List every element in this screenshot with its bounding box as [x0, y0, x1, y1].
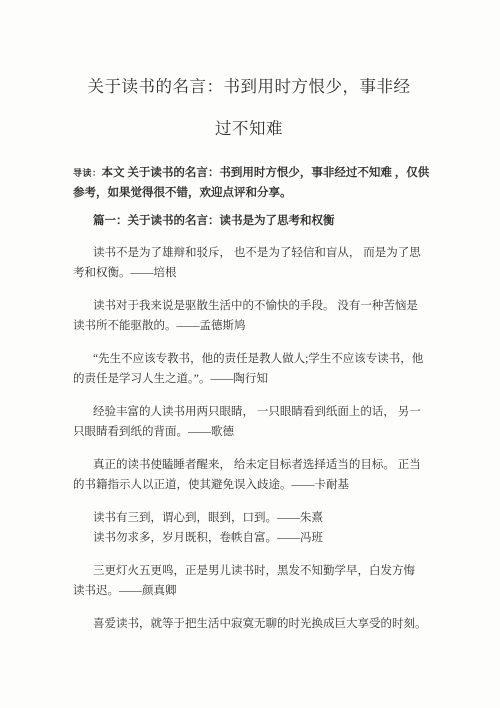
quote-paragraph-closing: 喜爱读书，就等于把生活中寂寞无聊的时光换成巨大享受的时刻。 [73, 614, 425, 634]
quote-paragraph-zhuxi: 读书有三到，谓心到，眼到，口到。——朱熹 [73, 508, 425, 528]
intro-line-1-text: 本文 关于读书的名言：书到用时方恨少，事非经过不知难 ，仅供 [102, 167, 430, 179]
intro-line-1: 导读：本文 关于读书的名言：书到用时方恨少，事非经过不知难 ，仅供 [73, 163, 425, 183]
title-line-1: 关于读书的名言：书到用时方恨少，事非经 [73, 66, 425, 108]
quote-line: 只眼睛看到纸的背面。——歌德 [73, 422, 425, 442]
quote-paragraph-fengban: 读书勿求多，岁月既积，卷帙自富。——冯班 [73, 528, 425, 548]
quote-paragraph-taoxingzhi: “先生不应该专教书，他的责任是教人做人;学生不应该专读书，他 的责任是学习人生之… [73, 349, 425, 389]
document-title: 关于读书的名言：书到用时方恨少，事非经 过不知难 [73, 66, 425, 150]
intro-label: 导读： [73, 168, 102, 178]
quote-line: 考和权衡。——培根 [73, 263, 425, 283]
quote-line: 读书不是为了雄辩和驳斥， 也不是为了轻信和盲从， 而是为了思 [73, 243, 425, 263]
section-heading: 篇一：关于读书的名言：读书是为了思考和权衡 [73, 211, 425, 231]
quote-paragraph-bacon: 读书不是为了雄辩和驳斥， 也不是为了轻信和盲从， 而是为了思 考和权衡。——培根 [73, 243, 425, 283]
quote-line: 的责任是学习人生之道。”。——陶行知 [73, 369, 425, 389]
quote-line: 经验丰富的人读书用两只眼睛， 一只眼睛看到纸面上的话， 另一 [73, 402, 425, 422]
quote-line: 真正的读书使瞌睡者醒来， 给未定目标者选择适当的目标。 正当 [73, 455, 425, 475]
quote-paragraph-montesquieu: 读书对于我来说是驱散生活中的不愉快的手段。 没有一种苦恼是 读书所不能驱散的。—… [73, 296, 425, 336]
quote-paragraph-yanzhenqing: 三更灯火五更鸣，正是男儿读书时，黑发不知勤学早，白发方悔 读书迟。——颜真卿 [73, 561, 425, 601]
title-line-2: 过不知难 [73, 108, 425, 150]
quote-line: 读书勿求多，岁月既积，卷帙自富。——冯班 [73, 528, 425, 548]
quote-line: 读书所不能驱散的。——孟德斯鸠 [73, 316, 425, 336]
quote-line: 喜爱读书，就等于把生活中寂寞无聊的时光换成巨大享受的时刻。 [73, 614, 425, 634]
quote-paragraph-goethe: 经验丰富的人读书用两只眼睛， 一只眼睛看到纸面上的话， 另一 只眼睛看到纸的背面… [73, 402, 425, 442]
quote-line: 读书迟。——颜真卿 [73, 581, 425, 601]
intro-paragraph: 导读：本文 关于读书的名言：书到用时方恨少，事非经过不知难 ，仅供 参考，如果觉… [73, 163, 425, 203]
quote-line: 读书有三到，谓心到，眼到，口到。——朱熹 [73, 508, 425, 528]
quote-line: “先生不应该专教书，他的责任是教人做人;学生不应该专读书，他 [73, 349, 425, 369]
document-page: 关于读书的名言：书到用时方恨少，事非经 过不知难 导读：本文 关于读书的名言：书… [0, 0, 500, 708]
quote-line: 读书对于我来说是驱散生活中的不愉快的手段。 没有一种苦恼是 [73, 296, 425, 316]
quote-line: 的书籍指示人以正道，使其避免误入歧途。——卡耐基 [73, 475, 425, 495]
quote-paragraph-carnegie: 真正的读书使瞌睡者醒来， 给未定目标者选择适当的目标。 正当 的书籍指示人以正道… [73, 455, 425, 495]
intro-line-2: 参考，如果觉得很不错，欢迎点评和分享。 [73, 183, 425, 203]
quote-line: 三更灯火五更鸣，正是男儿读书时，黑发不知勤学早，白发方悔 [73, 561, 425, 581]
